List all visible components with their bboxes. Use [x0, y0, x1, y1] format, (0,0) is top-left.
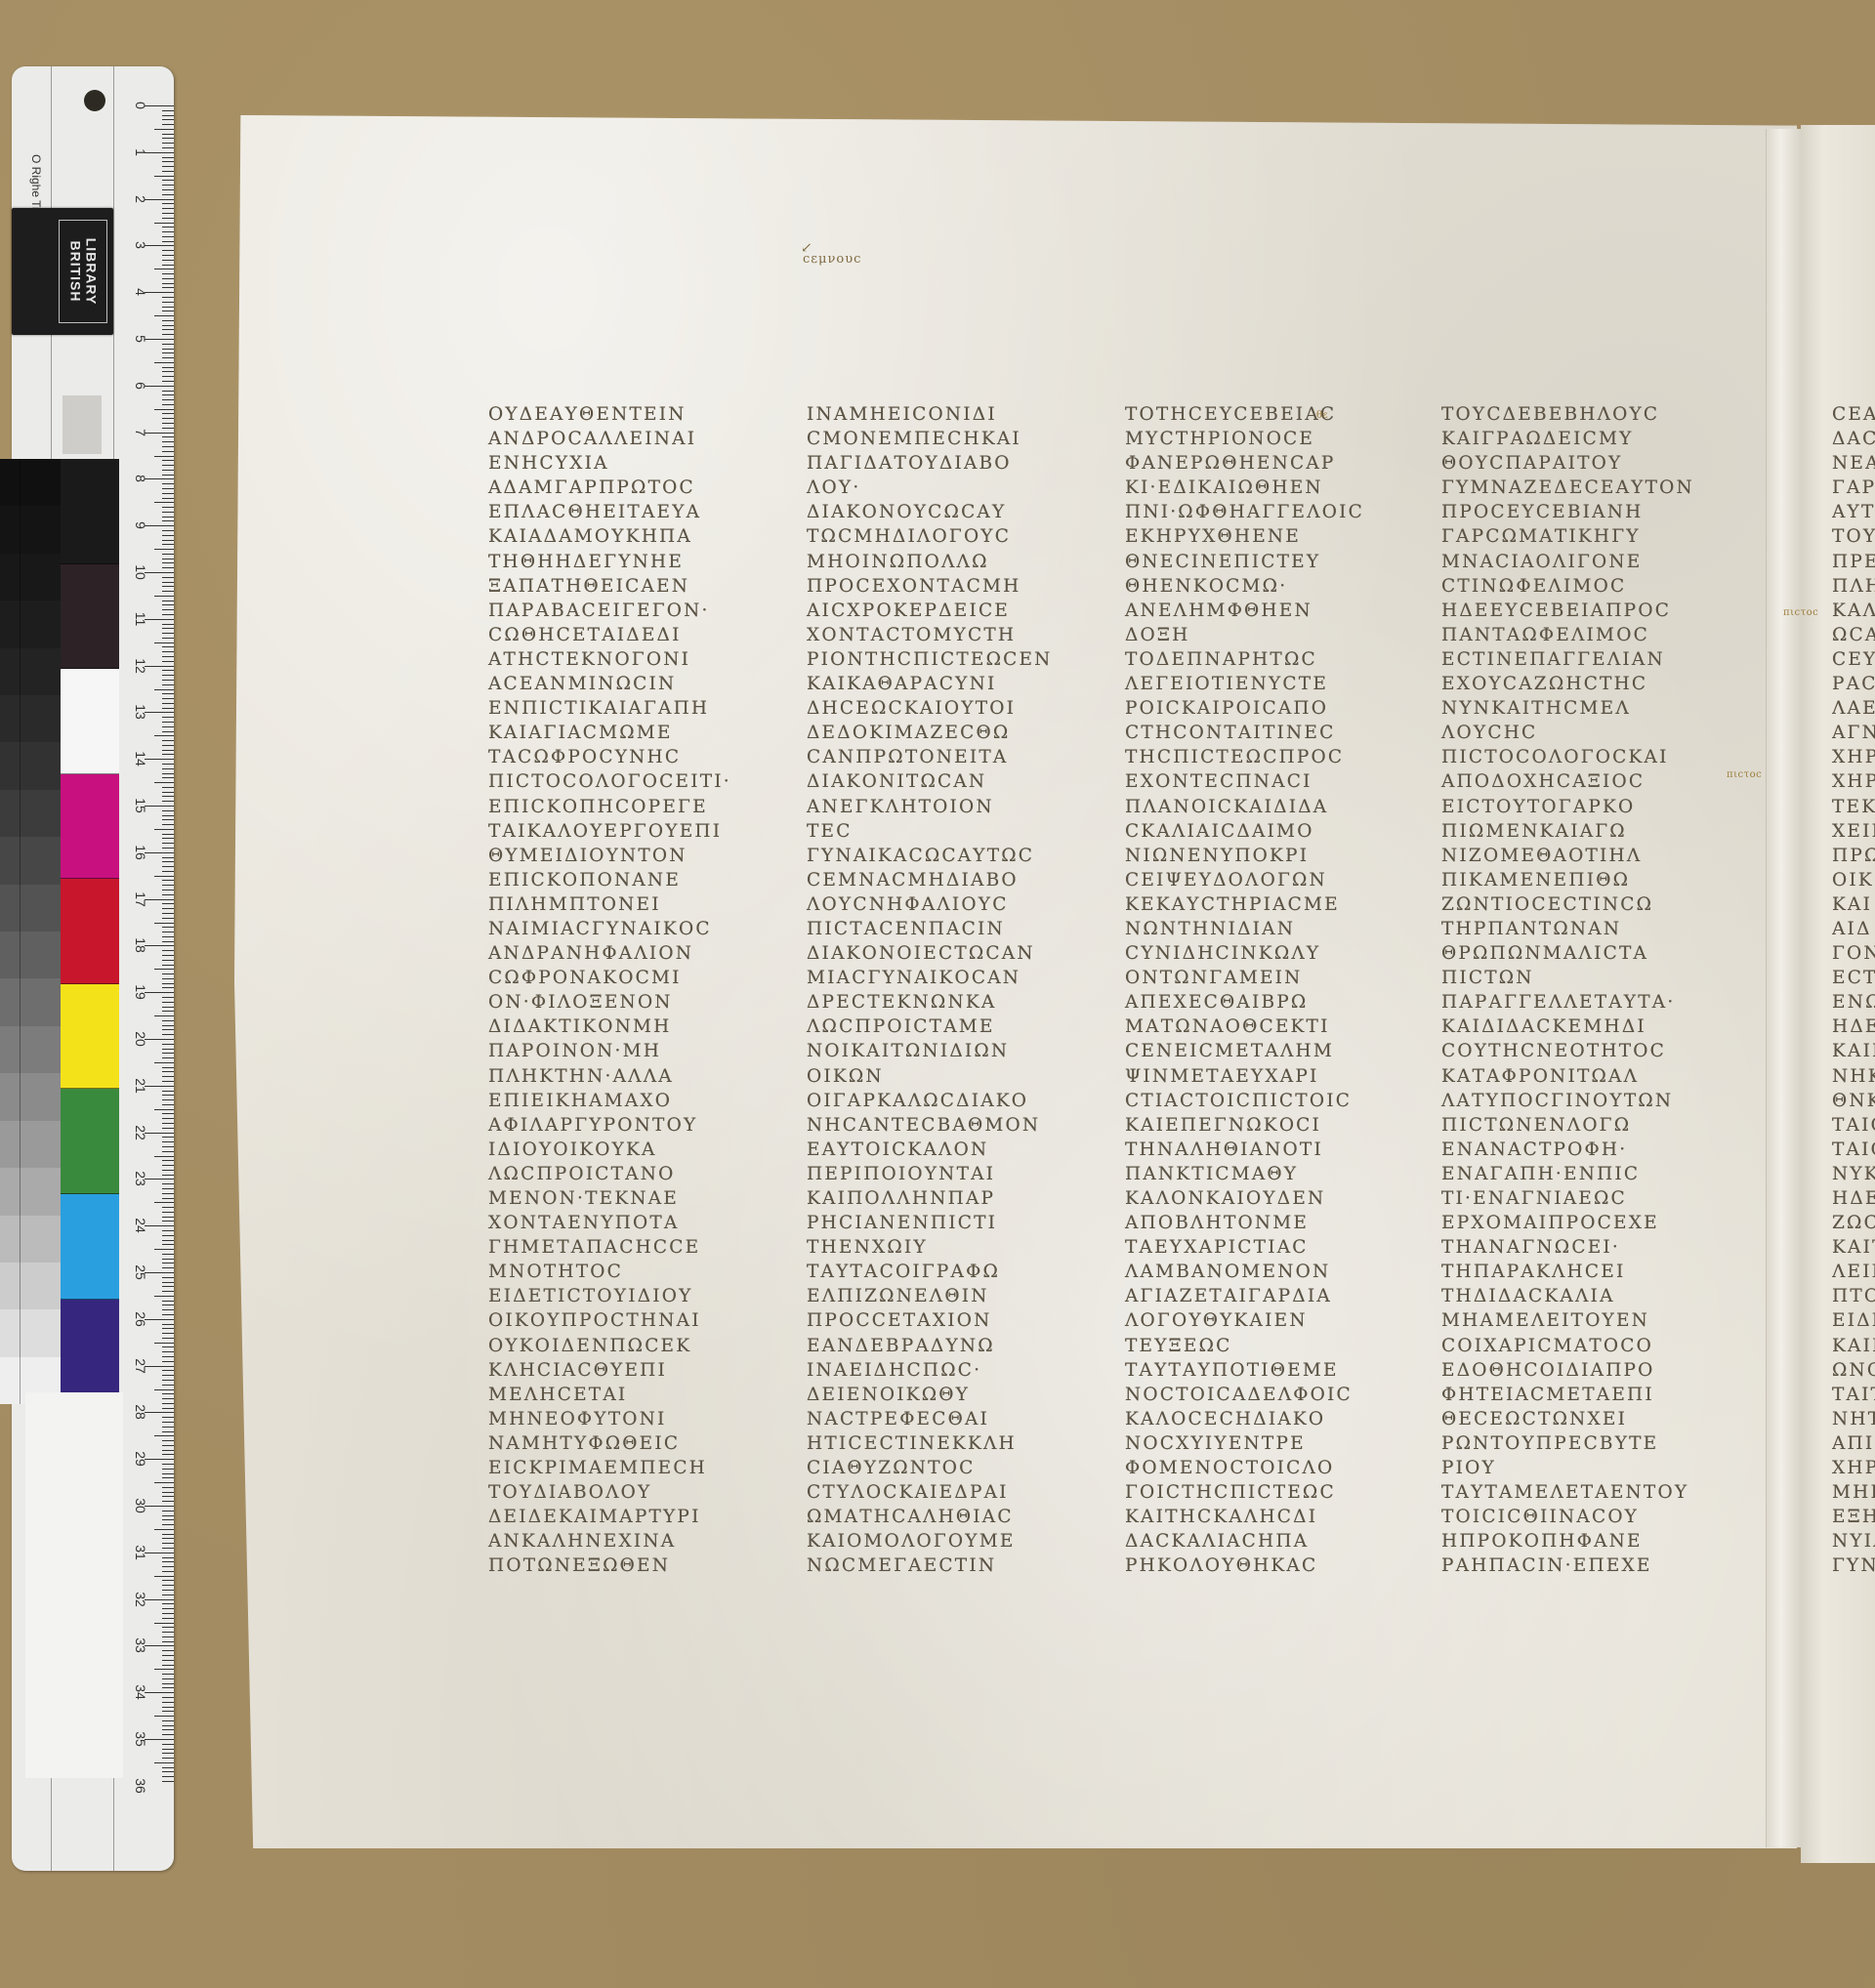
ruler-tick: [162, 535, 174, 536]
manuscript-line: ΦΑΝΕΡΩΘΗΕΝϹΑΡ: [1125, 451, 1364, 476]
ruler-tick: [162, 1566, 174, 1567]
manuscript-line: ΕΑΥΤΟΙϹΚΑΛΟΝ: [807, 1138, 1053, 1162]
manuscript-line: ΓΟΙϹΤΗϹΠΙϹΤΕΩϹ: [1125, 1480, 1364, 1505]
manuscript-line: ΔΕΔΟΚΙΜΑΖΕϹΘΩ: [807, 721, 1053, 745]
ruler-tick: [162, 1548, 174, 1549]
ruler-tick: [145, 105, 174, 106]
ruler-tick: [162, 1175, 174, 1176]
text-column-adjacent-leaf: ϹΕΑΔΑϹΝΕΑΓΑΡΙΑΥΤΟΤΟΥϹΠΡΕϹΠΛΗΚΑΛΕΩϹΑϹΕΥΡΑ…: [1832, 402, 1875, 1579]
ruler-tick: [162, 1057, 174, 1058]
ruler-tick: [162, 562, 174, 563]
ruler-tick: [162, 1687, 174, 1688]
ruler-tick: [162, 754, 174, 755]
ruler-tick: [162, 703, 174, 704]
ruler-tick: [162, 684, 174, 685]
ruler-tick: [162, 1346, 174, 1347]
ruler-tick: [162, 1198, 174, 1199]
manuscript-line: ΡΑΗΠΑϹΙΝ·ΕΠΕΧΕ: [1441, 1553, 1694, 1578]
manuscript-line: ΟΙΚ: [1832, 868, 1875, 892]
ruler-tick: [145, 245, 174, 246]
ruler-tick: [162, 320, 174, 321]
manuscript-line: ΕΚΗΡΥΧΘΗΕΝΕ: [1125, 524, 1364, 549]
manuscript-line: ΗΤΙϹΕϹΤΙΝΕΚΚΛΗ: [807, 1431, 1053, 1456]
ruler-tick: [162, 1422, 174, 1423]
manuscript-line: ΕϹΤΙ: [1832, 966, 1875, 990]
ruler-tick: [162, 918, 174, 919]
manuscript-line: ΚΑΙΝ: [1832, 1039, 1875, 1063]
ruler-tick: [162, 582, 174, 583]
ruler-tick: [154, 596, 174, 597]
manuscript-line: ΑΓΝ: [1832, 721, 1875, 745]
manuscript-line: ΓΑΡϹΩΜΑΤΙΚΗΓΥ: [1441, 524, 1694, 549]
manuscript-line: ΤΑΙΤΗ: [1832, 1383, 1875, 1407]
ruler-tick: [162, 517, 174, 518]
ruler-tick: [162, 208, 174, 209]
manuscript-line: ΤΗΔΙΔΑϹΚΑΛΙΑ: [1441, 1284, 1694, 1308]
ruler-tick: [162, 498, 174, 499]
ruler-tick: [162, 1660, 174, 1661]
ruler-tick: [162, 628, 174, 629]
ruler-cm-scale: 0123456789101112131415161718192021222324…: [121, 105, 174, 1834]
ruler-tick: [162, 451, 174, 452]
manuscript-line: ΤΗϹΠΙϹΤΕΩϹΠΡΟϹ: [1125, 745, 1364, 769]
ruler-tick: [162, 1259, 174, 1260]
manuscript-line: ΠΡΟϹΕΧΟΝΤΑϹΜΗ: [807, 574, 1053, 599]
badge-line-british: BRITISH: [67, 240, 83, 302]
manuscript-line: ϹΜΟΝΕΜΠΕϹΗΚΑΙ: [807, 427, 1053, 451]
ruler-tick: [162, 950, 174, 951]
ruler-tick: [162, 1729, 174, 1730]
manuscript-line: ΞΑΠΑΤΗΘΕΙϹΑΕΝ: [488, 574, 731, 599]
ruler-tick: [162, 227, 174, 228]
ruler-tick: [162, 1380, 174, 1381]
ruler-tick: [154, 1529, 174, 1530]
manuscript-line: ΑΥΤΟ: [1832, 500, 1875, 524]
manuscript-line: ΓΟΝ: [1832, 941, 1875, 966]
manuscript-line: ΜΗΑΜΕΛΕΙΤΟΥΕΝ: [1441, 1308, 1694, 1333]
manuscript-line: ΕΝΗϹΥΧΙΑ: [488, 451, 731, 476]
ruler-tick: [154, 1762, 174, 1763]
ruler-tick: [162, 1650, 174, 1651]
ruler-tick: [162, 307, 174, 308]
ruler-tick: [162, 1034, 174, 1035]
ruler-tick: [162, 138, 174, 139]
manuscript-line: ΧΗΡΑ: [1832, 745, 1875, 769]
manuscript-line: ΜΝΑϹΙΑΟΛΙΓΟΝΕ: [1441, 550, 1694, 574]
ruler-tick: [162, 488, 174, 489]
ruler-tick: [162, 1781, 174, 1782]
manuscript-line: ΚΕΚΑΥϹΤΗΡΙΑϹΜΕ: [1125, 892, 1364, 917]
manuscript-line: ΠΡΕϹ: [1832, 550, 1875, 574]
manuscript-line: ΤΗΝΑΛΗΘΙΑΝΟΤΙ: [1125, 1138, 1364, 1162]
ruler-tick: [154, 223, 174, 224]
ruler-tick: [162, 675, 174, 676]
ruler-tick: [162, 1697, 174, 1698]
ruler-tick: [162, 493, 174, 494]
ruler-tick: [162, 1501, 174, 1502]
manuscript-line: ϹΕΙΨΕΥΔΟΛΟΓΩΝ: [1125, 868, 1364, 892]
manuscript-line: ΕΙϹΤΟΥΤΟΓΑΡΚΟ: [1441, 795, 1694, 819]
ruler-tick: [162, 1081, 174, 1082]
manuscript-line: ΧΗΡΑΚ: [1832, 1456, 1875, 1480]
manuscript-line: ΖΩΝΤΙΟϹΕϹΤΙΝϹΩ: [1441, 892, 1694, 917]
ruler-tick: [162, 717, 174, 718]
manuscript-line: ΤΗΕΝΧΩΙΥ: [807, 1235, 1053, 1260]
ruler-tick: [145, 478, 174, 479]
ruler-tick: [162, 311, 174, 311]
ruler-tick: [162, 1113, 174, 1114]
badge-line-library: LIBRARY: [83, 238, 99, 306]
manuscript-line: ΤΑΥΤΑΥΠΟΤΙΘΕΜΕ: [1125, 1358, 1364, 1383]
ruler-tick: [162, 936, 174, 937]
manuscript-line: ΜΗΟΙΝΩΠΟΛΛΩ: [807, 550, 1053, 574]
ruler-tick: [162, 376, 174, 377]
manuscript-line: ΓΥΜΝΑΖΕΔΕϹΕΑΥΤΟΝ: [1441, 476, 1694, 500]
manuscript-line: ΛΟΥϹΗϹ: [1441, 721, 1694, 745]
manuscript-line: ΝΥΚΤ: [1832, 1162, 1875, 1186]
manuscript-line: ΠΤΟΙ: [1832, 1284, 1875, 1308]
ruler-tick: [162, 815, 174, 816]
ruler-tick: [162, 1450, 174, 1451]
ruler-tick: [162, 357, 174, 358]
manuscript-line: ΑΦΙΛΑΡΓΥΡΟΝΤΟΥ: [488, 1113, 731, 1138]
ruler-tick: [162, 1571, 174, 1572]
ruler-tick: [162, 646, 174, 647]
ruler-tick: [162, 726, 174, 727]
manuscript-line: ΕΝΑΝΑϹΤΡΟΦΗ·: [1441, 1138, 1694, 1162]
ruler-tick: [162, 1744, 174, 1745]
manuscript-line: ΚΑΙΕΠΕΓΝΩΚΟϹΙ: [1125, 1113, 1364, 1138]
ruler-tick: [162, 1170, 174, 1171]
ruler-tick: [162, 591, 174, 592]
ruler-tick: [145, 1272, 174, 1273]
ruler-tick: [162, 1099, 174, 1100]
ruler-tick: [162, 367, 174, 368]
colour-patch-blue-violet: [61, 1300, 119, 1405]
manuscript-line: ΠΕΡΙΠΟΙΟΥΝΤΑΙ: [807, 1162, 1053, 1186]
text-column-2: ΙΝΑΜΗΕΙϹΟΝΙΔΙϹΜΟΝΕΜΠΕϹΗΚΑΙΠΑΓΙΔΑΤΟΥΔΙΑΒΟ…: [807, 402, 1053, 1579]
manuscript-line: ΤΕϹ: [807, 819, 1053, 844]
manuscript-line: ΛΑΕ: [1832, 696, 1875, 721]
ruler-tick: [145, 852, 174, 853]
ruler-tick: [162, 260, 174, 261]
manuscript-line: ΝΥΙΑ: [1832, 1529, 1875, 1553]
badge-frame: LIBRARY BRITISH: [59, 220, 107, 323]
manuscript-line: ΑΠΙϹ: [1832, 1431, 1875, 1456]
ruler-tick: [162, 428, 174, 429]
manuscript-line: ΜΕΛΗϹΕΤΑΙ: [488, 1383, 731, 1407]
ruler-tick: [162, 530, 174, 531]
manuscript-line: ϹΙΑΘΥΖΩΝΤΟϹ: [807, 1456, 1053, 1480]
ruler-tick: [162, 1002, 174, 1003]
ruler-tick: [162, 1538, 174, 1539]
ruler-tick: [162, 941, 174, 942]
manuscript-line: ΝΟϹΤΟΙϹΑΔΕΛΦΟΙϹ: [1125, 1383, 1364, 1407]
manuscript-line: ΤΟΤΗϹΕΥϹΕΒΕΙΑϹ: [1125, 402, 1364, 427]
manuscript-line: ΧΟΝΤΑϹΤΟΜΥϹΤΗ: [807, 623, 1053, 647]
ruler-tick: [162, 693, 174, 694]
ruler-tick: [162, 287, 174, 288]
manuscript-line: ΡΗΚΟΛΟΥΘΗΚΑϹ: [1125, 1553, 1364, 1578]
ruler-tick: [162, 1385, 174, 1386]
ruler-tick: [154, 782, 174, 783]
ruler-tick: [145, 292, 174, 293]
manuscript-line: ΙΔΙΟΥΟΙΚΟΥΚΑ: [488, 1138, 731, 1162]
manuscript-line: ΝΑΙΜΙΑϹΓΥΝΑΙΚΟϹ: [488, 917, 731, 941]
ruler-tick: [162, 265, 174, 266]
ruler-tick: [162, 1454, 174, 1455]
ruler-tick: [162, 544, 174, 545]
ruler-tick: [145, 1366, 174, 1367]
manuscript-line: ΝΩΝΤΗΝΙΔΙΑΝ: [1125, 917, 1364, 941]
ruler-tick: [162, 161, 174, 162]
ruler-tick: [162, 866, 174, 867]
ruler-tick: [162, 1674, 174, 1675]
ruler-tick: [154, 1576, 174, 1577]
ruler-tick: [162, 394, 174, 395]
ruler-tick: [162, 1091, 174, 1092]
ruler-tick: [162, 1749, 174, 1750]
manuscript-line: ΗΔΕϹ: [1832, 1186, 1875, 1211]
ruler-tick: [162, 236, 174, 237]
ruler-tick: [162, 1427, 174, 1428]
ruler-tick: [145, 712, 174, 713]
manuscript-line: ΠΙϹΤΟϹΟΛΟΓΟϹΕΙΤΙ·: [488, 769, 731, 794]
ruler-tick: [162, 446, 174, 447]
ruler-tick: [162, 708, 174, 709]
manuscript-line: ΨΙΝΜΕΤΑΕΥΧΑΡΙ: [1125, 1064, 1364, 1089]
manuscript-line: ΔΗϹΕΩϹΚΑΙΟΥΤΟΙ: [807, 696, 1053, 721]
manuscript-line: ΑΙϹΧΡΟΚΕΡΔΕΙϹΕ: [807, 599, 1053, 623]
manuscript-line: ΤΙ·ΕΝΑΓΝΙΑΕΩϹ: [1441, 1186, 1694, 1211]
leaf-fold-edge: [1766, 129, 1802, 1847]
adhesive-tape: [62, 395, 102, 454]
ruler-tick: [162, 1301, 174, 1302]
ruler-tick: [154, 1716, 174, 1717]
manuscript-line: ΠΙϹΤΩΝΕΝΛΟΓΩ: [1441, 1113, 1694, 1138]
manuscript-line: ΚΑΤΑΦΡΟΝΙΤΩΑΛ: [1441, 1064, 1694, 1089]
ruler-tick: [162, 124, 174, 125]
ruler-tick: [145, 525, 174, 526]
manuscript-line: ΟΙΚΩΝ: [807, 1064, 1053, 1089]
ruler-tick: [154, 876, 174, 877]
manuscript-line: ΕΑΝΔΕΒΡΑΔΥΝΩ: [807, 1334, 1053, 1358]
manuscript-line: ΙΝΑΕΙΔΗϹΠΩϹ·: [807, 1358, 1053, 1383]
manuscript-line: ΟΥΚΟΙΔΕΝΠΩϹΕΚ: [488, 1334, 731, 1358]
manuscript-line: ΤΟΥϹΔΕΒΕΒΗΛΟΥϹ: [1441, 402, 1694, 427]
manuscript-line: ΤΟΔΕΠΝΑΡΗΤΩϹ: [1125, 647, 1364, 672]
manuscript-line: ϹΟΙΧΑΡΙϹΜΑΤΟϹΟ: [1441, 1334, 1694, 1358]
ruler-tick: [145, 1553, 174, 1553]
ruler-tick: [162, 567, 174, 568]
ruler-tick: [162, 470, 174, 471]
ruler-tick: [162, 418, 174, 419]
manuscript-line: ΝΙΩΝΕΝΥΠΟΚΡΙ: [1125, 844, 1364, 868]
manuscript-line: ΓΑΡΙ: [1832, 476, 1875, 500]
ruler-tick: [162, 381, 174, 382]
manuscript-line: ΕϹΤΙΝΕΠΑΓΓΕΛΙΑΝ: [1441, 647, 1694, 672]
manuscript-line: ΕΙΔΕΤ: [1832, 1308, 1875, 1333]
manuscript-line: ΡΙΟΥ: [1441, 1456, 1694, 1480]
ruler-tick: [162, 1044, 174, 1045]
ruler-tick: [162, 670, 174, 671]
ruler-tick: [162, 848, 174, 849]
ruler-tick: [162, 633, 174, 634]
ruler-tick: [162, 1585, 174, 1586]
manuscript-line: ΙΝΑΜΗΕΙϹΟΝΙΔΙ: [807, 402, 1053, 427]
ruler-tick: [162, 423, 174, 424]
ruler-tick: [162, 604, 174, 605]
colour-patch-red: [61, 879, 119, 984]
ruler-tick: [145, 899, 174, 900]
manuscript-line: ΜΗΝΕΟΦΥΤΟΝΙ: [488, 1407, 731, 1431]
ruler-tick: [162, 554, 174, 555]
manuscript-line: ΛΑΤΥΠΟϹΓΙΝΟΥΤΩΝ: [1441, 1089, 1694, 1113]
manuscript-line: ΠΑΡΑΒΑϹΕΙΓΕΓΟΝ·: [488, 599, 731, 623]
manuscript-line: ΝΗΚ: [1832, 1064, 1875, 1089]
british-library-badge: LIBRARY BRITISH: [12, 208, 113, 335]
manuscript-line: ΘΝΕϹΙΝΕΠΙϹΤΕΥ: [1125, 550, 1364, 574]
manuscript-line: ΚΑΙΜ: [1832, 1334, 1875, 1358]
manuscript-line: ΤΟΥϹ: [1832, 524, 1875, 549]
manuscript-line: ΑΓΙΑΖΕΤΑΙΓΑΡΔΙΑ: [1125, 1284, 1364, 1308]
ruler-tick: [162, 185, 174, 186]
ruler-tick: [162, 880, 174, 881]
manuscript-line: ΡΟΙϹΚΑΙΡΟΙϹΑΠΟ: [1125, 696, 1364, 721]
ruler-tick: [162, 110, 174, 111]
manuscript-line: ΝΩϹΜΕΓΑΕϹΤΙΝ: [807, 1553, 1053, 1578]
ruler-tick: [162, 1636, 174, 1637]
manuscript-line: ΕΠΙϹΚΟΠΗϹΟΡΕΓΕ: [488, 795, 731, 819]
ruler-tick: [162, 1071, 174, 1072]
ruler-tick: [162, 436, 174, 437]
ruler-tick: [162, 1515, 174, 1516]
colour-patch-cyan: [61, 1194, 119, 1300]
ruler-tick: [154, 1062, 174, 1063]
ruler-tick: [162, 796, 174, 797]
manuscript-line: ΝΑϹΤΡΕΦΕϹΘΑΙ: [807, 1407, 1053, 1431]
ruler-tick: [162, 413, 174, 414]
ruler-tick: [162, 1487, 174, 1488]
ruler-tick: [162, 180, 174, 181]
ruler-tick: [162, 843, 174, 844]
manuscript-line: ΛΟΓΟΥΘΥΚΑΙΕΝ: [1125, 1308, 1364, 1333]
manuscript-line: ΤΗΘΗΗΔΕΓΥΝΗΕ: [488, 550, 731, 574]
ruler-tick: [162, 978, 174, 979]
manuscript-line: ΟΙΚΟΥΠΡΟϹΤΗΝΑΙ: [488, 1308, 731, 1333]
manuscript-line: ϹΩΘΗϹΕΤΑΙΔΕΔΙ: [488, 623, 731, 647]
ruler-tick: [145, 1645, 174, 1646]
ruler-tick: [162, 1608, 174, 1609]
manuscript-line: ΡΑϹ: [1832, 672, 1875, 696]
ruler-tick: [162, 1758, 174, 1759]
ruler-tick: [162, 609, 174, 610]
manuscript-line: ΚΑΙΓΡΑΩΔΕΙϹΜΥ: [1441, 427, 1694, 451]
ruler-tick: [162, 1137, 174, 1138]
ruler-tick: [162, 512, 174, 513]
manuscript-line: ΑΤΗϹΤΕΚΝΟΓΟΝΙ: [488, 647, 731, 672]
ruler-tick: [162, 1683, 174, 1684]
ruler-tick: [162, 119, 174, 120]
manuscript-line: ΔΙΑΚΟΝΟΥϹΩϹΑΥ: [807, 500, 1053, 524]
ruler-tick: [145, 1319, 174, 1320]
manuscript-line: ΕΝΑΓΑΠΗ·ΕΝΠΙϹ: [1441, 1162, 1694, 1186]
ruler-tick: [162, 601, 174, 601]
ruler-tick: [162, 166, 174, 167]
ruler-tick: [162, 1618, 174, 1619]
ruler-tick: [145, 572, 174, 573]
ruler-tick: [154, 969, 174, 970]
ruler-tick: [162, 241, 174, 242]
manuscript-line: ΧΟΝΤΑΕΝΥΠΟΤΑ: [488, 1211, 731, 1235]
manuscript-line: ΛΩϹΠΡΟΙϹΤΑΜΕ: [807, 1015, 1053, 1039]
ruler-tick: [162, 965, 174, 966]
ruler-tick: [162, 1417, 174, 1418]
manuscript-line: ΠΙϹΤΩΝ: [1441, 966, 1694, 990]
ruler-tick: [162, 792, 174, 793]
manuscript-line: ΠΛΗ: [1832, 574, 1875, 599]
ruler-tick: [162, 810, 174, 811]
ruler-tick: [162, 391, 174, 392]
ruler-tick: [162, 1193, 174, 1194]
ruler-tick: [162, 559, 174, 559]
ruler-tick: [162, 838, 174, 839]
ruler-tick: [162, 189, 174, 190]
ruler-tick: [162, 134, 174, 135]
ruler-tick: [162, 1655, 174, 1656]
ruler-tick: [162, 997, 174, 998]
manuscript-line: ΤΑΕΥΧΑΡΙϹΤΙΑϹ: [1125, 1235, 1364, 1260]
ruler-tick: [162, 638, 174, 639]
manuscript-line: ΔΑϹΚΑΛΙΑϹΗΠΑ: [1125, 1529, 1364, 1553]
manuscript-line: ΑΝΔΡΟϹΑΛΛΕΙΝΑΙ: [488, 427, 731, 451]
ruler-tick: [162, 834, 174, 835]
manuscript-line: ΔΟΞΗ: [1125, 623, 1364, 647]
ruler-tick: [162, 903, 174, 904]
text-column-4: ΤΟΥϹΔΕΒΕΒΗΛΟΥϹΚΑΙΓΡΑΩΔΕΙϹΜΥΘΟΥϹΠΑΡΑΙΤΟΥΓ…: [1441, 402, 1694, 1579]
margin-annotation-col5: πιϲτοϲ: [1783, 607, 1818, 618]
ruler-tick: [162, 1333, 174, 1334]
manuscript-line: ΚΑΙΠΟΛΛΗΝΠΑΡ: [807, 1186, 1053, 1211]
ruler-tick: [154, 1482, 174, 1483]
manuscript-line: ΠΟΤΩΝΕΞΩΘΕΝ: [488, 1553, 731, 1578]
ruler-tick: [162, 1151, 174, 1152]
ruler-tick: [162, 399, 174, 400]
ruler-tick: [154, 1015, 174, 1016]
manuscript-line: ΝΥΝΚΑΙΤΗϹΜΕΛ: [1441, 696, 1694, 721]
manuscript-line: ΠΝΙ·ΩΦΘΗΑΓΓΕΛΟΙϹ: [1125, 500, 1364, 524]
manuscript-line: ΚΑΙΤΗϹΚΑΛΗϹΔΙ: [1125, 1505, 1364, 1529]
ruler-tick: [162, 1141, 174, 1142]
manuscript-line: ΟΙΓΑΡΚΑΛΩϹΔΙΑΚΟ: [807, 1089, 1053, 1113]
manuscript-line: ΚΑΙΟΜΟΛΟΓΟΥΜΕ: [807, 1529, 1053, 1553]
ruler-tick: [162, 349, 174, 350]
ruler-tick: [162, 1767, 174, 1768]
ruler-tick: [162, 1324, 174, 1325]
ruler-tick: [162, 1543, 174, 1544]
manuscript-line: ϹΕΑ: [1832, 402, 1875, 427]
manuscript-line: ΔΙΑΚΟΝΙΤΩϹΑΝ: [807, 769, 1053, 794]
ruler-tick: [162, 1776, 174, 1777]
ruler-tick: [162, 656, 174, 657]
manuscript-line: ΘΟΥϹΠΑΡΑΙΤΟΥ: [1441, 451, 1694, 476]
manuscript-line: ΑΙΔ: [1832, 917, 1875, 941]
ruler-tick: [154, 829, 174, 830]
ruler-tick: [162, 698, 174, 699]
ruler-tick: [154, 409, 174, 410]
ruler-tick: [154, 549, 174, 550]
ruler-tick: [162, 913, 174, 914]
